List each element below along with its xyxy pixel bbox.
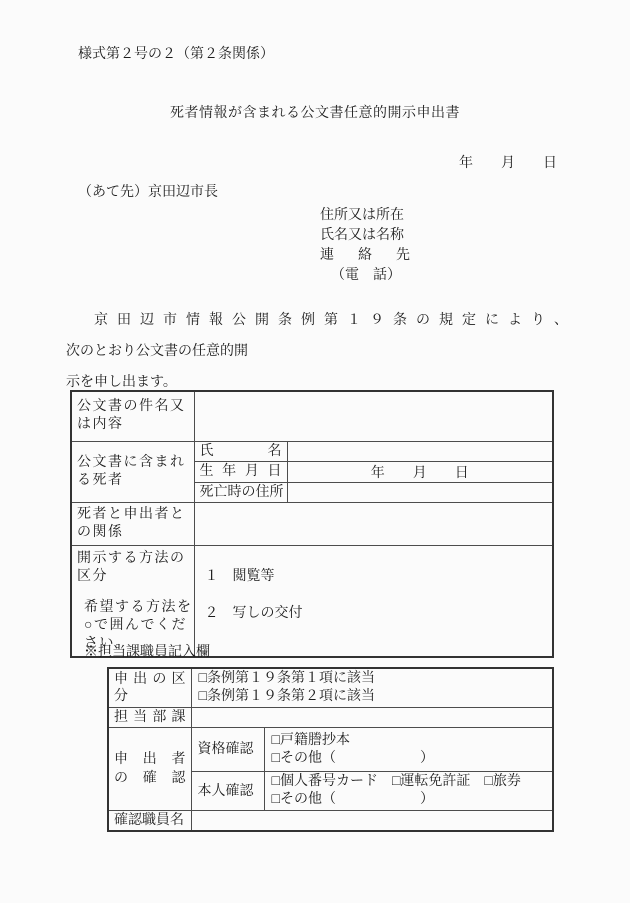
identity-label-cell: 本人確認 <box>191 772 264 811</box>
applicant-address-label: 住所又は所在 <box>320 206 410 226</box>
department-label-cell: 担 当 部 課 <box>108 708 191 728</box>
department-value-cell <box>191 708 553 728</box>
deceased-name-value-cell <box>287 441 553 461</box>
method-options-cell: １ 閲覧等 ２ 写しの交付 <box>194 545 553 657</box>
deceased-label-cell: 公文書に含まれ る死者 <box>71 441 194 502</box>
deceased-address-label: 死亡時の住所 <box>194 482 287 502</box>
subject-label-cell: 公文書の件名又 は内容 <box>71 391 194 441</box>
relation-label-cell: 死者と申出者と の関係 <box>71 502 194 545</box>
staff-name-label-cell: 確認職員名 <box>108 811 191 832</box>
relation-value-cell <box>194 502 553 545</box>
identity-options-cell: □個人番号カード □運転免許証 □旅券 □その他（ ） <box>264 772 553 811</box>
confirm-label-cell: 申 出 者 の 確 認 <box>108 728 191 811</box>
category-options-cell: □条例第１９条第１項に該当 □条例第１９条第２項に該当 <box>191 668 553 708</box>
page-title: 死者情報が含まれる公文書任意的開示申出書 <box>0 102 630 122</box>
method-label-cell: 開示する方法の 区分 希望する方法を ○で囲んでくだ さい。 <box>71 545 194 657</box>
addressee-line: （あて先）京田辺市長 <box>78 185 218 201</box>
application-table: 公文書の件名又 は内容 公文書に含まれ る死者 氏 名 生 年 月 日 年 月 … <box>70 390 554 658</box>
confirm-label-line1: 申 出 者 <box>114 750 186 769</box>
qualification-option-koseki: □戸籍謄抄本 <box>272 732 546 750</box>
form-number: 様式第２号の２（第２条関係） <box>78 47 274 63</box>
staff-section-heading: ※担当課職員記入欄 <box>84 645 210 661</box>
category-option-2: □条例第１９条第２項に該当 <box>199 688 546 706</box>
method-option-browse: １ 閲覧等 <box>205 568 547 586</box>
category-label-cell: 申 出 の 区 分 <box>108 668 191 708</box>
applicant-info-block: 住所又は所在 氏名又は名称 連 絡 先 （電 話） <box>320 206 410 286</box>
staff-entry-table: 申 出 の 区 分 □条例第１９条第１項に該当 □条例第１９条第２項に該当 担 … <box>107 667 554 832</box>
method-label: 開示する方法の 区分 <box>77 550 189 586</box>
category-option-1: □条例第１９条第１項に該当 <box>199 670 546 688</box>
qualification-label-cell: 資格確認 <box>191 728 264 772</box>
deceased-dob-value-cell: 年 月 日 <box>287 461 553 482</box>
applicant-contact-label: 連 絡 先 <box>320 246 410 266</box>
subject-value-cell <box>194 391 553 441</box>
application-statement: 京田辺市情報公開条例第１９条の規定により、次のとおり公文書の任意的開 示を申し出… <box>66 305 568 398</box>
identity-option-other: □その他（ ） <box>272 791 546 809</box>
deceased-address-value-cell <box>287 482 553 502</box>
date-line: 年 月 日 <box>459 156 557 172</box>
qualification-option-other: □その他（ ） <box>272 750 546 768</box>
identity-option-cards: □個人番号カード □運転免許証 □旅券 <box>272 773 546 791</box>
qualification-options-cell: □戸籍謄抄本 □その他（ ） <box>264 728 553 772</box>
document-page: 様式第２号の２（第２条関係） 死者情報が含まれる公文書任意的開示申出書 年 月 … <box>0 0 630 903</box>
confirm-label-line2: の 確 認 <box>114 769 186 788</box>
deceased-dob-label: 生 年 月 日 <box>194 461 287 482</box>
staff-name-value-cell <box>191 811 553 832</box>
applicant-name-label: 氏名又は名称 <box>320 226 410 246</box>
applicant-phone-label: （電 話） <box>320 266 410 286</box>
method-option-copy: ２ 写しの交付 <box>205 605 547 623</box>
deceased-name-label: 氏 名 <box>194 441 287 461</box>
